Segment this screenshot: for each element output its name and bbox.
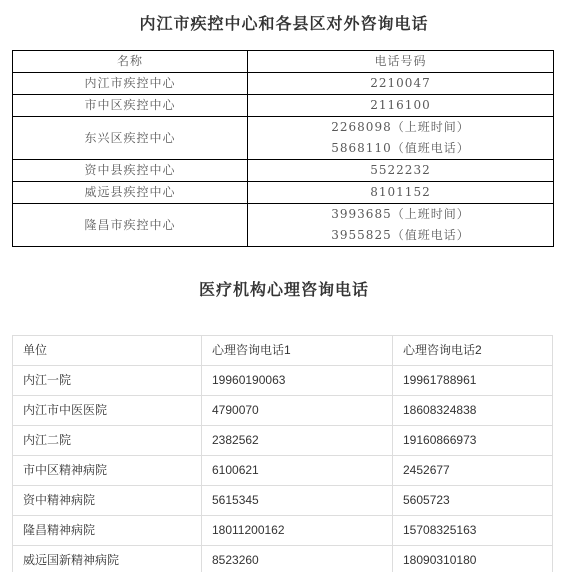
phone-cell: 2268098（上班时间） 5868110（值班电话） (248, 117, 554, 160)
org-name-cell: 隆昌市疾控中心 (13, 204, 248, 247)
unit-cell: 市中区精神病院 (13, 456, 202, 486)
header-phone: 电话号码 (248, 51, 554, 73)
table-row: 威远县疾控中心 8101152 (13, 182, 554, 204)
header-phone2: 心理咨询电话2 (393, 336, 553, 366)
table-row: 内江一院 19960190063 19961788961 (13, 366, 553, 396)
phone-cell: 3993685（上班时间） 3955825（值班电话） (248, 204, 554, 247)
org-name-cell: 内江市疾控中心 (13, 73, 248, 95)
phone2-cell: 19961788961 (393, 366, 553, 396)
table-row: 内江市中医医院 4790070 18608324838 (13, 396, 553, 426)
unit-cell: 隆昌精神病院 (13, 516, 202, 546)
phone-line-1: 2268098（上班时间） (248, 117, 553, 138)
phone1-cell: 18011200162 (202, 516, 393, 546)
phone2-cell: 18608324838 (393, 396, 553, 426)
table-row: 隆昌市疾控中心 3993685（上班时间） 3955825（值班电话） (13, 204, 554, 247)
cdc-table-title: 内江市疾控中心和各县区对外咨询电话 (0, 11, 568, 34)
phone2-cell: 19160866973 (393, 426, 553, 456)
phone-cell: 8101152 (248, 182, 554, 204)
table-row: 资中精神病院 5615345 5605723 (13, 486, 553, 516)
phone-line-2: 5868110（值班电话） (248, 138, 553, 159)
phone2-cell: 5605723 (393, 486, 553, 516)
psych-phone-table: 单位 心理咨询电话1 心理咨询电话2 内江一院 19960190063 1996… (12, 335, 553, 572)
table-row: 东兴区疾控中心 2268098（上班时间） 5868110（值班电话） (13, 117, 554, 160)
phone2-cell: 2452677 (393, 456, 553, 486)
table-row: 内江二院 2382562 19160866973 (13, 426, 553, 456)
phone2-cell: 15708325163 (393, 516, 553, 546)
unit-cell: 资中精神病院 (13, 486, 202, 516)
phone2-cell: 18090310180 (393, 546, 553, 572)
phone-cell: 2116100 (248, 95, 554, 117)
table-row: 隆昌精神病院 18011200162 15708325163 (13, 516, 553, 546)
phone1-cell: 19960190063 (202, 366, 393, 396)
unit-cell: 威远国新精神病院 (13, 546, 202, 572)
header-unit: 单位 (13, 336, 202, 366)
table-row: 内江市疾控中心 2210047 (13, 73, 554, 95)
unit-cell: 内江二院 (13, 426, 202, 456)
phone1-cell: 8523260 (202, 546, 393, 572)
phone1-cell: 4790070 (202, 396, 393, 426)
phone-cell: 2210047 (248, 73, 554, 95)
cdc-phone-table: 名称 电话号码 内江市疾控中心 2210047 市中区疾控中心 2116100 … (12, 50, 554, 247)
phone1-cell: 6100621 (202, 456, 393, 486)
unit-cell: 内江市中医医院 (13, 396, 202, 426)
table-row: 市中区疾控中心 2116100 (13, 95, 554, 117)
header-phone1: 心理咨询电话1 (202, 336, 393, 366)
unit-cell: 内江一院 (13, 366, 202, 396)
org-name-cell: 资中县疾控中心 (13, 160, 248, 182)
table-row: 威远国新精神病院 8523260 18090310180 (13, 546, 553, 572)
table-row: 资中县疾控中心 5522232 (13, 160, 554, 182)
phone1-cell: 2382562 (202, 426, 393, 456)
phone-line-2: 3955825（值班电话） (248, 225, 553, 246)
phone-cell: 5522232 (248, 160, 554, 182)
table-header-row: 名称 电话号码 (13, 51, 554, 73)
table-row: 市中区精神病院 6100621 2452677 (13, 456, 553, 486)
header-name: 名称 (13, 51, 248, 73)
org-name-cell: 威远县疾控中心 (13, 182, 248, 204)
org-name-cell: 东兴区疾控中心 (13, 117, 248, 160)
org-name-cell: 市中区疾控中心 (13, 95, 248, 117)
psych-table-title: 医疗机构心理咨询电话 (0, 277, 568, 300)
table-header-row: 单位 心理咨询电话1 心理咨询电话2 (13, 336, 553, 366)
phone-line-1: 3993685（上班时间） (248, 204, 553, 225)
phone1-cell: 5615345 (202, 486, 393, 516)
